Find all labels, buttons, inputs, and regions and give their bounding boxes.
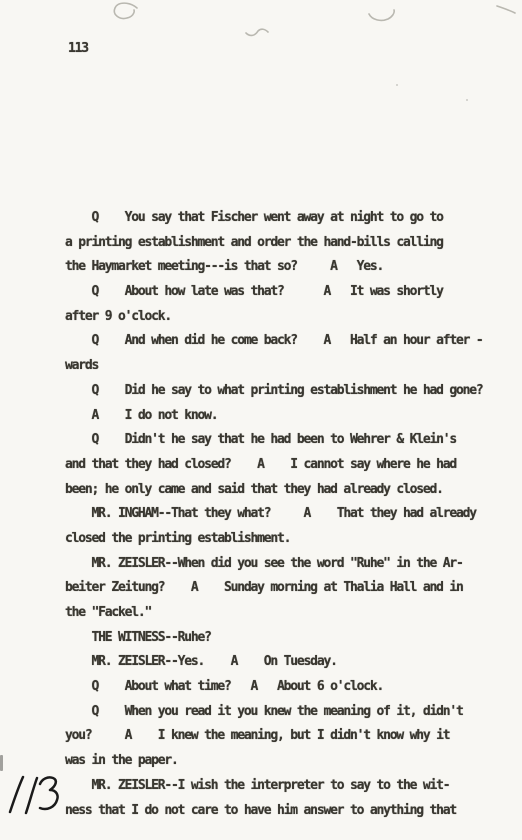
handwritten-digit-3 [40,777,58,809]
transcript-line: closed the printing establishment. [65,527,482,552]
transcript-line: Q About how late was that? A It was shor… [65,280,482,305]
transcript-line: and that they had closed? A I cannot say… [65,453,482,478]
transcript-line: after 9 o'clock. [65,305,482,330]
transcript-line: the Haymarket meeting---is that so? A Ye… [65,255,482,280]
transcript-line: Q Did he say to what printing establishm… [65,379,482,404]
transcript-line: the "Fackel." [65,601,482,626]
typed-page-number: 113 [68,42,88,56]
handwritten-digit-1 [10,777,23,812]
scan-speck [466,99,468,101]
transcript-line: Q About what time? A About 6 o'clock. [65,675,482,700]
transcript-line: Q And when did he come back? A Half an h… [65,329,482,354]
pen-squiggle-marks [0,0,522,46]
pen-squiggle-icon [114,3,137,18]
pen-squiggle-icon [246,29,268,35]
transcript-line: MR. ZEISLER--When did you see the word "… [65,552,482,577]
handwritten-digit-1 [26,778,37,813]
transcript-line: MR. ZEISLER--I wish the interpreter to s… [65,774,482,799]
handwritten-page-number [6,770,62,816]
transcript-line: been; he only came and said that they ha… [65,478,482,503]
scan-edge-mark [0,755,3,771]
transcript-line: THE WITNESS--Ruhe? [65,626,482,651]
pen-squiggle-icon [497,6,515,13]
scan-speck [396,84,398,86]
pen-squiggle-icon [369,10,394,20]
transcript-line: was in the paper. [65,749,482,774]
transcript-line: a printing establishment and order the h… [65,231,482,256]
transcript-line: beiter Zeitung? A Sunday morning at Thal… [65,576,482,601]
transcript-line: Q Didn't he say that he had been to Wehr… [65,428,482,453]
transcript-line: ness that I do not care to have him answ… [65,799,482,824]
transcript-line: Q When you read it you knew the meaning … [65,700,482,725]
transcript-line: A I do not know. [65,404,482,429]
transcript-line: you? A I knew the meaning, but I didn't … [65,724,482,749]
transcript-text: Q You say that Fischer went away at nigh… [65,206,482,823]
transcript-line: MR. INGHAM--That they what? A That they … [65,502,482,527]
transcript-line: Q You say that Fischer went away at nigh… [65,206,482,231]
scanned-transcript-page: 113 Q You say that Fischer went away at … [0,0,522,840]
transcript-line: wards [65,354,482,379]
transcript-line: MR. ZEISLER--Yes. A On Tuesday. [65,650,482,675]
